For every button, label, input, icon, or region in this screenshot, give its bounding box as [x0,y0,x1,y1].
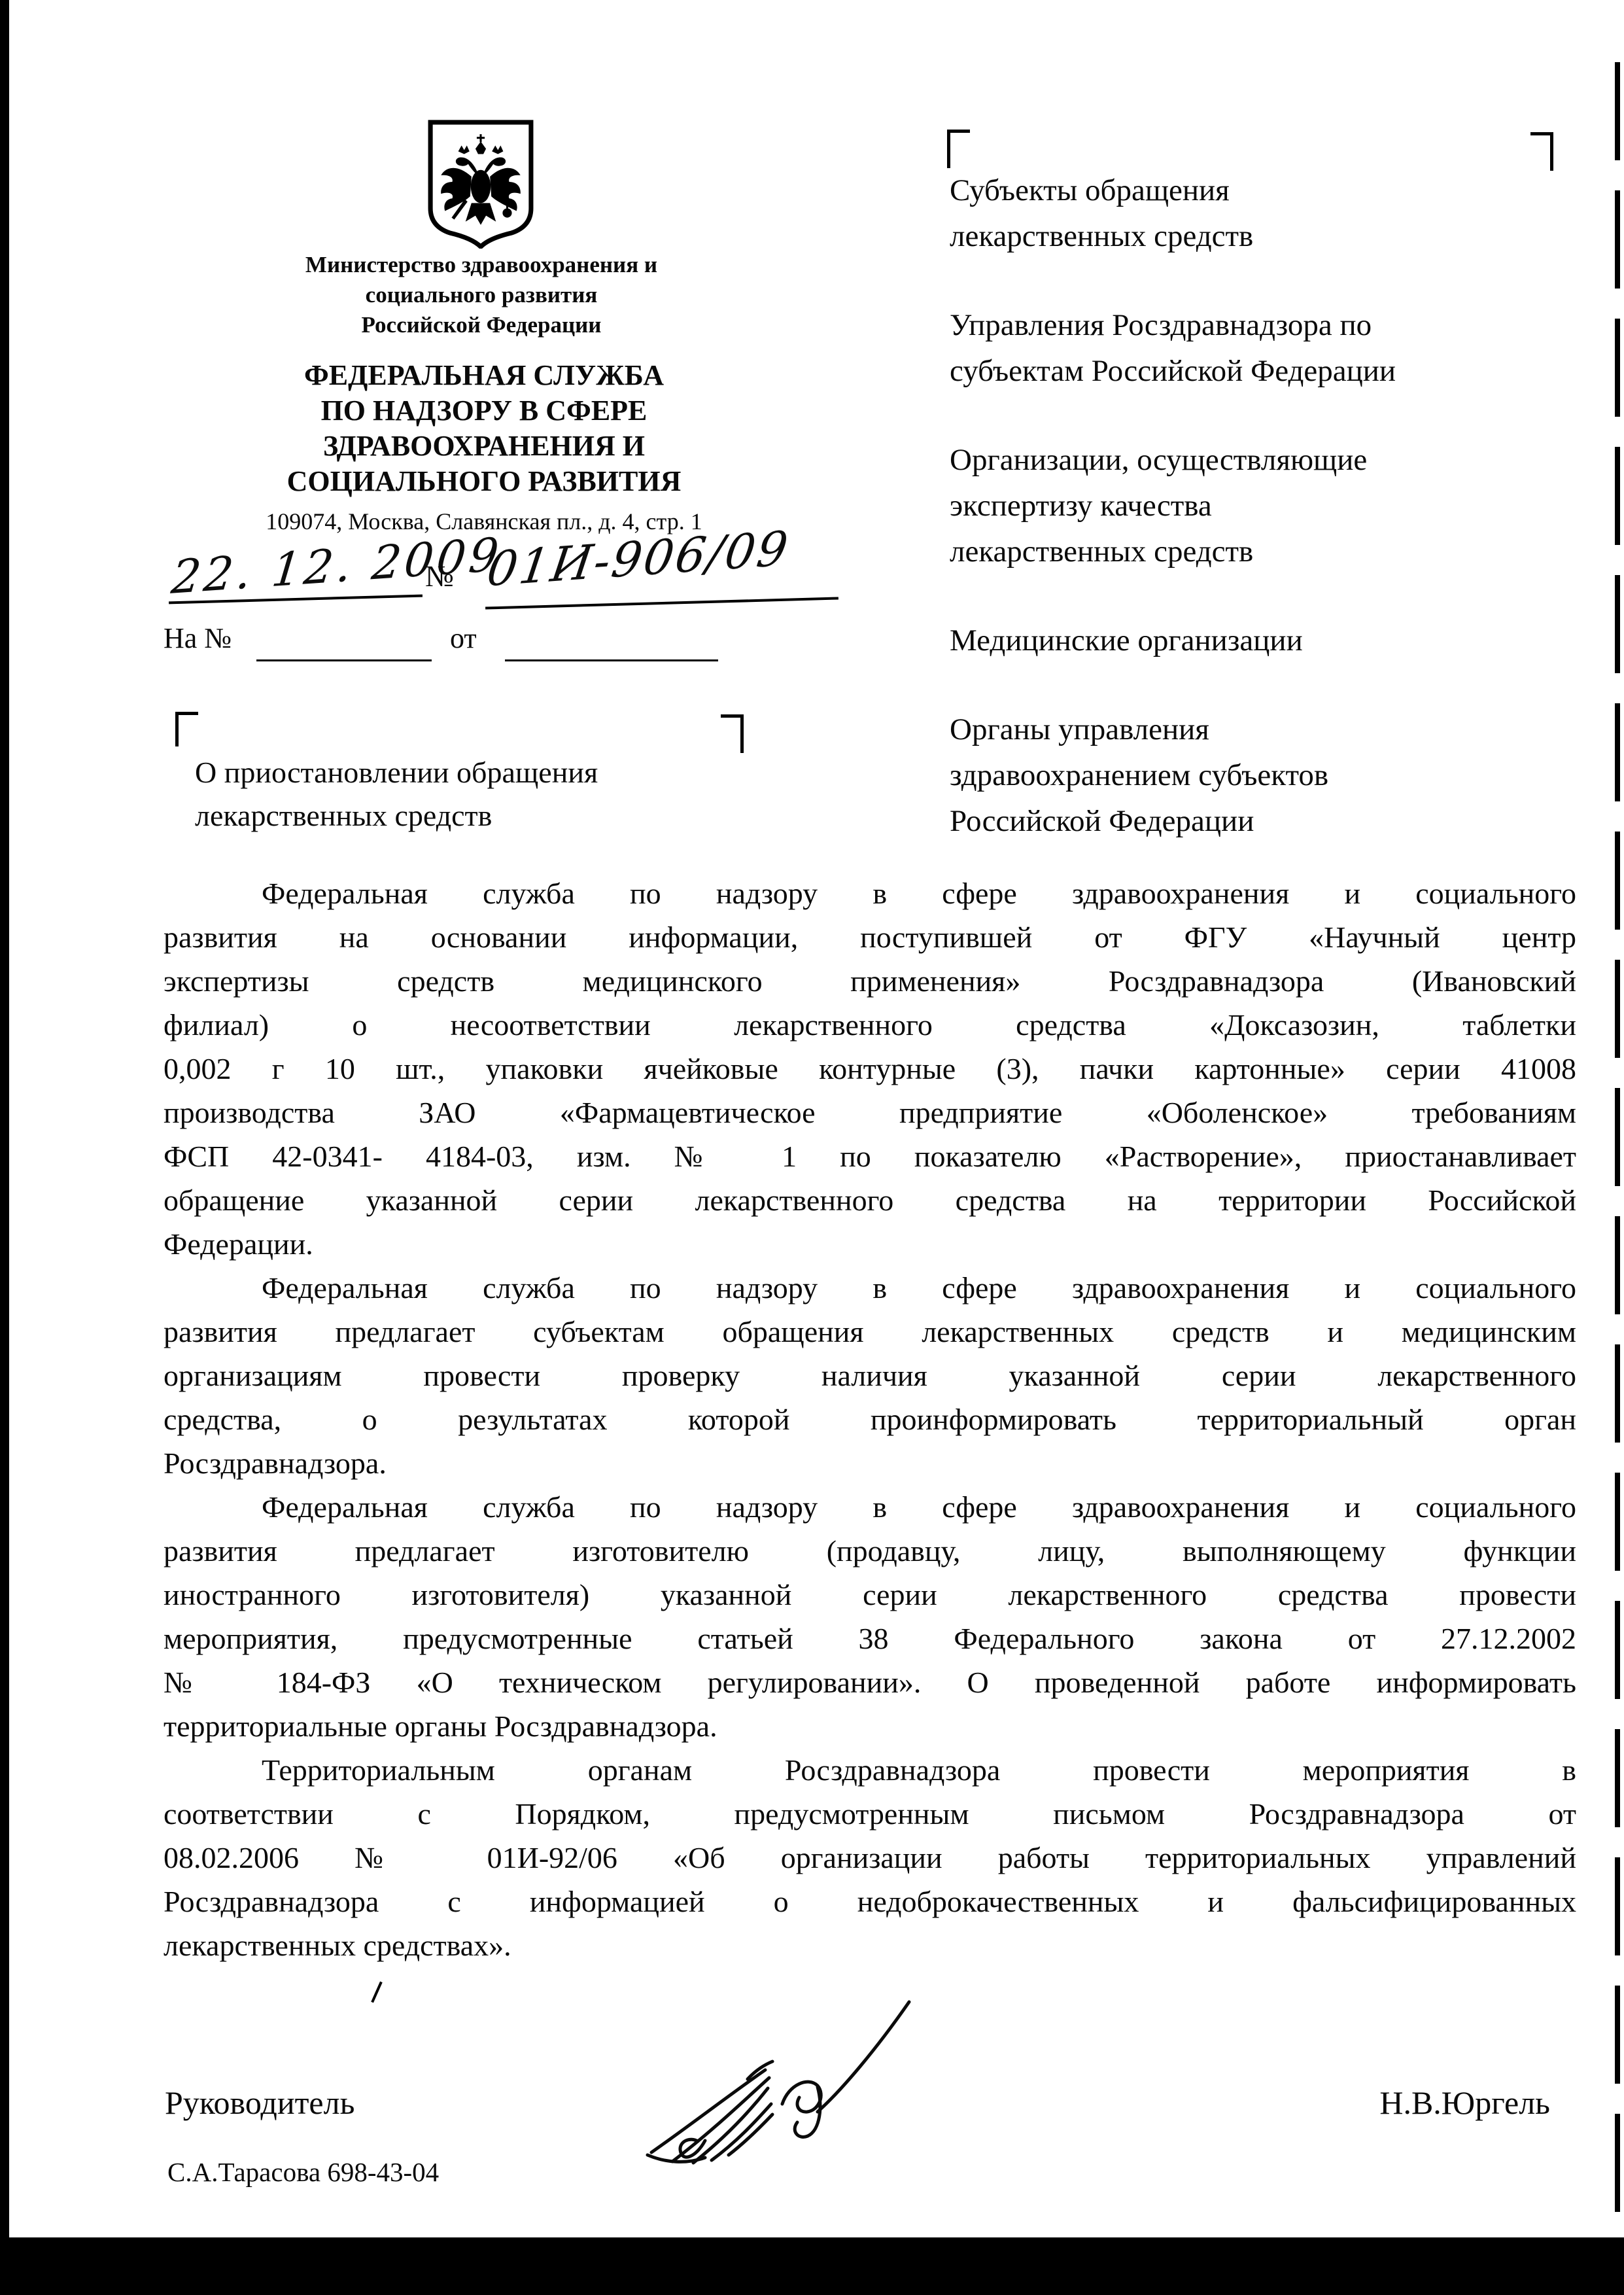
body-paragraph-4-line-3: 08.02.2006 № 01И-92/06 «Об организации р… [164,1836,1576,1880]
body-paragraph-4-line-4: Росздравнадзора с информацией о недоброк… [164,1880,1576,1923]
body-paragraph-3-line-2: развития предлагает изготовителю (продав… [164,1529,1576,1573]
body-paragraph-1-line-1: Федеральная служба по надзору в сфере зд… [164,871,1576,915]
recipient-1: Субъекты обращения лекарственных средств [950,167,1568,259]
body-paragraph-1-line-6: производства ЗАО «Фармацевтическое предп… [164,1091,1576,1134]
agency-name: ФЕДЕРАЛЬНАЯ СЛУЖБА ПО НАДЗОРУ В СФЕРЕ ЗД… [254,358,714,499]
body-paragraph-3-line-5: № 184-ФЗ «О техническом регулировании». … [164,1660,1576,1704]
ref-ot-label: от [450,622,477,655]
recipient-3: Организации, осуществляющие экспертизу к… [950,437,1568,574]
number-sign-label: № [425,559,454,593]
body-paragraph-1-line-5: 0,002 г 10 шт., упаковки ячейковые конту… [164,1047,1576,1091]
ref-number-blank-underline [256,659,432,661]
body-paragraph-1-line-9: Федерации. [164,1222,1576,1266]
body-paragraph-4-line-2: соответствии с Порядком, предусмотренным… [164,1792,1576,1836]
body-paragraph-3-line-3: иностранного изготовителя) указанной сер… [164,1573,1576,1617]
scan-edge-right-dashed [1615,62,1620,2237]
body-paragraph-3-line-6: территориальные органы Росздравнадзора. [164,1704,1576,1748]
body-paragraph-3-line-4: мероприятия, предусмотренные статьей 38 … [164,1617,1576,1660]
subject-corner-bracket-left [175,712,198,746]
body-paragraph-1-line-7: ФСП 42-0341- 4184-03, изм. № 1 по показа… [164,1134,1576,1178]
scanned-letter-page: Министерство здравоохранения и социально… [0,0,1624,2295]
recipient-5: Органы управления здравоохранением субъе… [950,707,1568,844]
russia-coat-of-arms-icon [425,118,536,249]
body-paragraph-2-line-3: организациям провести проверку наличия у… [164,1354,1576,1397]
body-text: Федеральная служба по надзору в сфере зд… [164,871,1576,1967]
handwritten-date: 22. 12. 2009 [169,527,504,604]
signer-title: Руководитель [165,2084,354,2122]
ref-date-blank-underline [505,659,718,661]
body-paragraph-2-line-2: развития предлагает субъектам обращения … [164,1310,1576,1354]
scan-edge-bottom [0,2237,1624,2295]
recipient-4: Медицинские организации [950,618,1568,663]
body-paragraph-4-line-1: Территориальным органам Росздравнадзора … [164,1748,1576,1792]
executor-contact: С.А.Тарасова 698-43-04 [167,2156,439,2188]
body-paragraph-2-line-4: средства, о результатах которой проинфор… [164,1397,1576,1441]
recipient-2: Управления Росздравнадзора по субъектам … [950,302,1568,394]
stray-pen-mark [371,1982,382,2003]
recipients-corner-bracket-right [1530,132,1553,171]
body-paragraph-1-line-3: экспертизы средств медицинского применен… [164,959,1576,1003]
body-paragraph-2-line-1: Федеральная служба по надзору в сфере зд… [164,1266,1576,1310]
body-paragraph-3-line-1: Федеральная служба по надзору в сфере зд… [164,1485,1576,1529]
number-underline [485,597,838,609]
body-paragraph-1-line-2: развития на основании информации, поступ… [164,915,1576,959]
subject-line: О приостановлении обращения лекарственны… [195,751,784,837]
recipients-list: Субъекты обращения лекарственных средств… [950,167,1568,887]
body-paragraph-1-line-4: филиал) о несоответствии лекарственного … [164,1003,1576,1047]
ministry-name: Министерство здравоохранения и социально… [262,250,701,340]
signer-name: Н.В.Юргель [1230,2084,1550,2122]
handwritten-signature-icon [613,1981,921,2167]
body-paragraph-4-line-5: лекарственных средствах». [164,1923,1576,1967]
ref-na-label: На № [164,622,232,655]
body-paragraph-2-line-5: Росздравнадзора. [164,1441,1576,1485]
scan-edge-left [0,0,9,2295]
recipients-corner-bracket-left [947,130,970,168]
subject-corner-bracket-right [721,714,744,753]
body-paragraph-1-line-8: обращение указанной серии лекарственного… [164,1178,1576,1222]
